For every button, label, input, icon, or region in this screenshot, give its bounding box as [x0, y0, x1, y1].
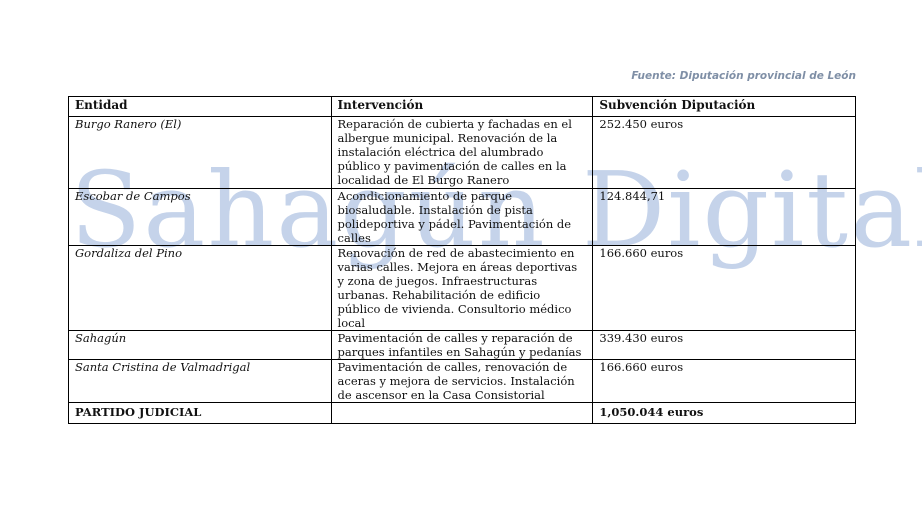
- table-total-row: PARTIDO JUDICIAL 1,050.044 euros: [69, 403, 856, 424]
- total-intervencion: [331, 403, 593, 424]
- cell-entidad: Escobar de Campos: [69, 189, 332, 246]
- subsidies-table: Entidad Intervención Subvención Diputaci…: [68, 96, 856, 424]
- cell-entidad: Burgo Ranero (El): [69, 117, 332, 189]
- cell-subvencion: 252.450 euros: [593, 117, 856, 189]
- table-row: Sahagún Pavimentación de calles y repara…: [69, 331, 856, 360]
- cell-intervencion: Acondicionamiento de parque biosaludable…: [331, 189, 593, 246]
- cell-intervencion: Pavimentación de calles y reparación de …: [331, 331, 593, 360]
- table-row: Gordaliza del Pino Renovación de red de …: [69, 246, 856, 331]
- table-row: Escobar de Campos Acondicionamiento de p…: [69, 189, 856, 246]
- total-label: PARTIDO JUDICIAL: [69, 403, 332, 424]
- cell-intervencion: Reparación de cubierta y fachadas en el …: [331, 117, 593, 189]
- cell-intervencion: Pavimentación de calles, renovación de a…: [331, 360, 593, 403]
- table-header-row: Entidad Intervención Subvención Diputaci…: [69, 97, 856, 117]
- header-intervencion: Intervención: [331, 97, 593, 117]
- total-subvencion: 1,050.044 euros: [593, 403, 856, 424]
- cell-entidad: Sahagún: [69, 331, 332, 360]
- cell-subvencion: 124.844,71: [593, 189, 856, 246]
- cell-subvencion: 166.660 euros: [593, 246, 856, 331]
- source-note: Fuente: Diputación provincial de León: [631, 70, 856, 82]
- cell-entidad: Santa Cristina de Valmadrigal: [69, 360, 332, 403]
- cell-entidad: Gordaliza del Pino: [69, 246, 332, 331]
- cell-subvencion: 166.660 euros: [593, 360, 856, 403]
- cell-intervencion: Renovación de red de abastecimiento en v…: [331, 246, 593, 331]
- header-entidad: Entidad: [69, 97, 332, 117]
- cell-subvencion: 339.430 euros: [593, 331, 856, 360]
- header-subvencion: Subvención Diputación: [593, 97, 856, 117]
- table-row: Burgo Ranero (El) Reparación de cubierta…: [69, 117, 856, 189]
- table-row: Santa Cristina de Valmadrigal Pavimentac…: [69, 360, 856, 403]
